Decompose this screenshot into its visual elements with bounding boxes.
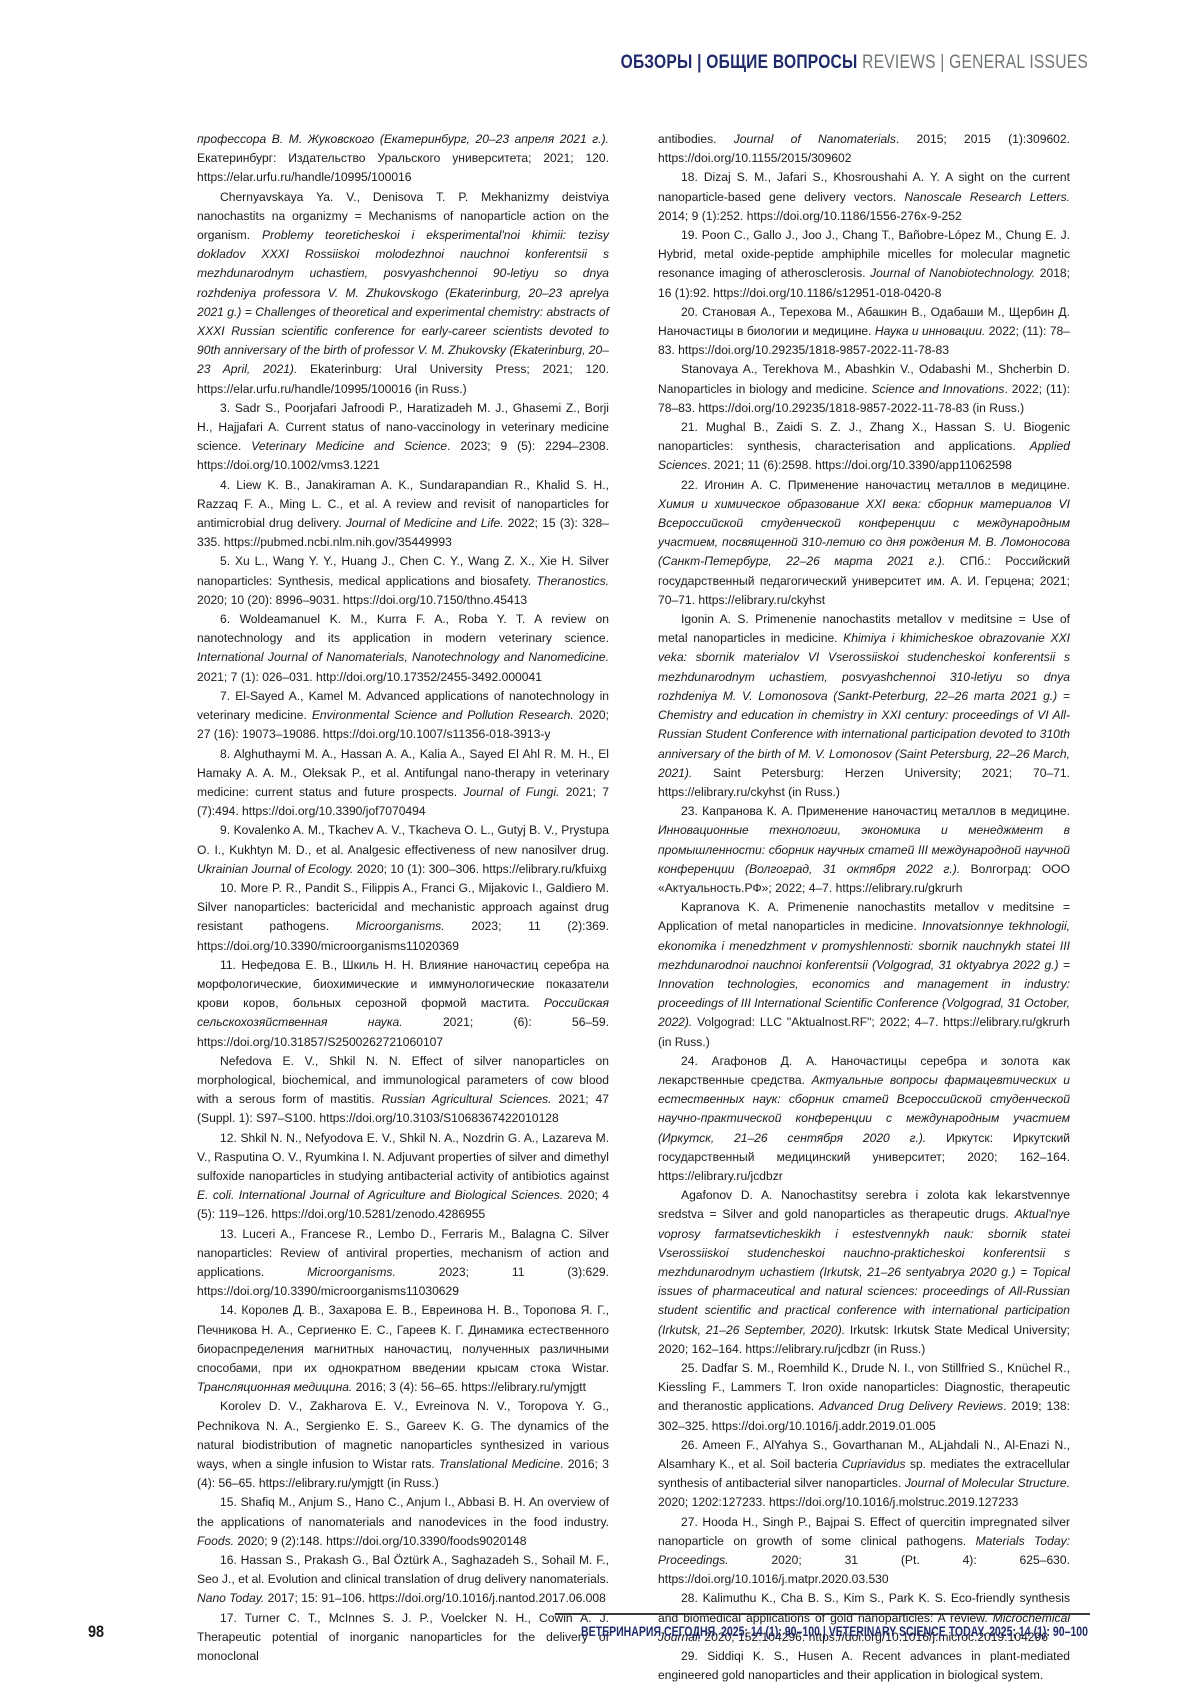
reference-entry: Chernyavskaya Ya. V., Denisova T. P. Mek…: [197, 188, 609, 399]
journal-citation-footer: ВЕТЕРИНАРИЯ СЕГОДНЯ. 2025; 14 (1): 90–10…: [581, 1624, 1088, 1639]
reference-entry: 12. Shkil N. N., Nefyodova E. V., Shkil …: [197, 1129, 609, 1225]
reference-entry: 4. Liew K. B., Janakiraman A. K., Sundar…: [197, 476, 609, 553]
reference-entry: 15. Shafiq M., Anjum S., Hano C., Anjum …: [197, 1493, 609, 1551]
reference-entry: 9. Kovalenko A. M., Tkachev A. V., Tkach…: [197, 821, 609, 879]
reference-entry: Nefedova E. V., Shkil N. N. Effect of si…: [197, 1052, 609, 1129]
reference-entry: 11. Нефедова Е. В., Шкиль Н. Н. Влияние …: [197, 956, 609, 1052]
section-title-ru: ОБЗОРЫ | ОБЩИЕ ВОПРОСЫ: [621, 52, 858, 73]
page-number: 98: [88, 1622, 104, 1642]
reference-entry: Igonin A. S. Primenenie nanochastits met…: [658, 610, 1070, 802]
footer-divider: [555, 1613, 1090, 1615]
references-left-column: профессора В. М. Жуковского (Екатеринбур…: [197, 130, 609, 1666]
reference-entry: Korolev D. V., Zakharova E. V., Evreinov…: [197, 1397, 609, 1493]
reference-entry: профессора В. М. Жуковского (Екатеринбур…: [197, 130, 609, 188]
section-title-en: REVIEWS | GENERAL ISSUES: [862, 52, 1088, 73]
reference-entry: Agafonov D. A. Nanochastitsy serebra i z…: [658, 1186, 1070, 1359]
reference-entry: 17. Turner C. T., McInnes S. J. P., Voel…: [197, 1609, 609, 1667]
reference-entry: 5. Xu L., Wang Y. Y., Huang J., Chen C. …: [197, 552, 609, 610]
references-right-column: antibodies. Journal of Nanomaterials. 20…: [658, 130, 1070, 1685]
reference-entry: 26. Ameen F., AlYahya S., Govarthanan M.…: [658, 1436, 1070, 1513]
section-header: ОБЗОРЫ | ОБЩИЕ ВОПРОСЫ REVIEWS | GENERAL…: [621, 52, 1088, 74]
reference-entry: 25. Dadfar S. M., Roemhild K., Drude N. …: [658, 1359, 1070, 1436]
reference-entry: 22. Игонин А. С. Применение наночастиц м…: [658, 476, 1070, 610]
reference-entry: antibodies. Journal of Nanomaterials. 20…: [658, 130, 1070, 168]
reference-entry: 19. Poon C., Gallo J., Joo J., Chang T.,…: [658, 226, 1070, 303]
reference-entry: 10. More P. R., Pandit S., Filippis A., …: [197, 879, 609, 956]
reference-entry: 6. Woldeamanuel K. M., Kurra F. A., Roba…: [197, 610, 609, 687]
reference-entry: Stanovaya A., Terekhova M., Abashkin V.,…: [658, 360, 1070, 418]
reference-entry: 27. Hooda H., Singh P., Bajpai S. Effect…: [658, 1513, 1070, 1590]
reference-entry: 29. Siddiqi K. S., Husen A. Recent advan…: [658, 1647, 1070, 1685]
reference-entry: 21. Mughal B., Zaidi S. Z. J., Zhang X.,…: [658, 418, 1070, 476]
reference-entry: Kapranova K. A. Primenenie nanochastits …: [658, 898, 1070, 1052]
reference-entry: 18. Dizaj S. M., Jafari S., Khosroushahi…: [658, 168, 1070, 226]
reference-entry: 13. Luceri A., Francese R., Lembo D., Fe…: [197, 1225, 609, 1302]
reference-entry: 23. Капранова К. А. Применение наночасти…: [658, 802, 1070, 898]
reference-entry: 7. El-Sayed A., Kamel M. Advanced applic…: [197, 687, 609, 745]
reference-entry: 3. Sadr S., Poorjafari Jafroodi P., Hara…: [197, 399, 609, 476]
reference-entry: 20. Становая А., Терехова М., Абашкин В.…: [658, 303, 1070, 361]
reference-entry: 24. Агафонов Д. А. Наночастицы серебра и…: [658, 1052, 1070, 1186]
reference-entry: 16. Hassan S., Prakash G., Bal Öztürk A.…: [197, 1551, 609, 1609]
reference-entry: 8. Alghuthaymi M. A., Hassan A. A., Kali…: [197, 745, 609, 822]
reference-entry: 14. Королев Д. В., Захарова Е. В., Евреи…: [197, 1301, 609, 1397]
